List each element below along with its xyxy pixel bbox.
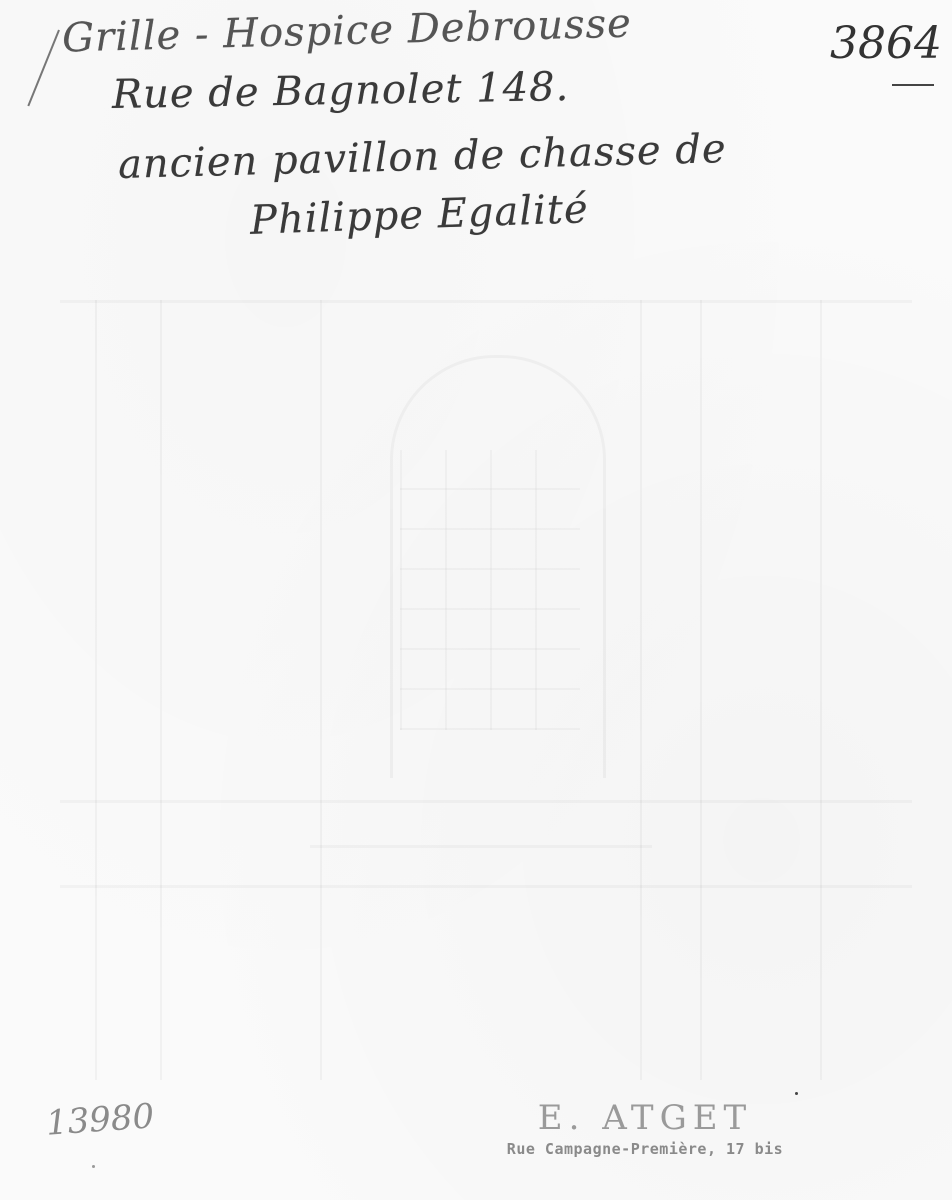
annotation-line-2: Rue de Bagnolet 148. xyxy=(112,64,570,118)
catalog-number: 3864 xyxy=(830,18,942,69)
ink-speck xyxy=(92,1165,95,1168)
ink-speck xyxy=(795,1092,798,1095)
photographer-stamp: E. ATGET Rue Campagne-Première, 17 bis xyxy=(480,1098,810,1158)
stamp-name: E. ATGET xyxy=(480,1098,810,1138)
inventory-number: 13980 xyxy=(45,1096,156,1143)
catalog-number-underline xyxy=(892,84,934,86)
stamp-address: Rue Campagne-Première, 17 bis xyxy=(480,1140,810,1158)
